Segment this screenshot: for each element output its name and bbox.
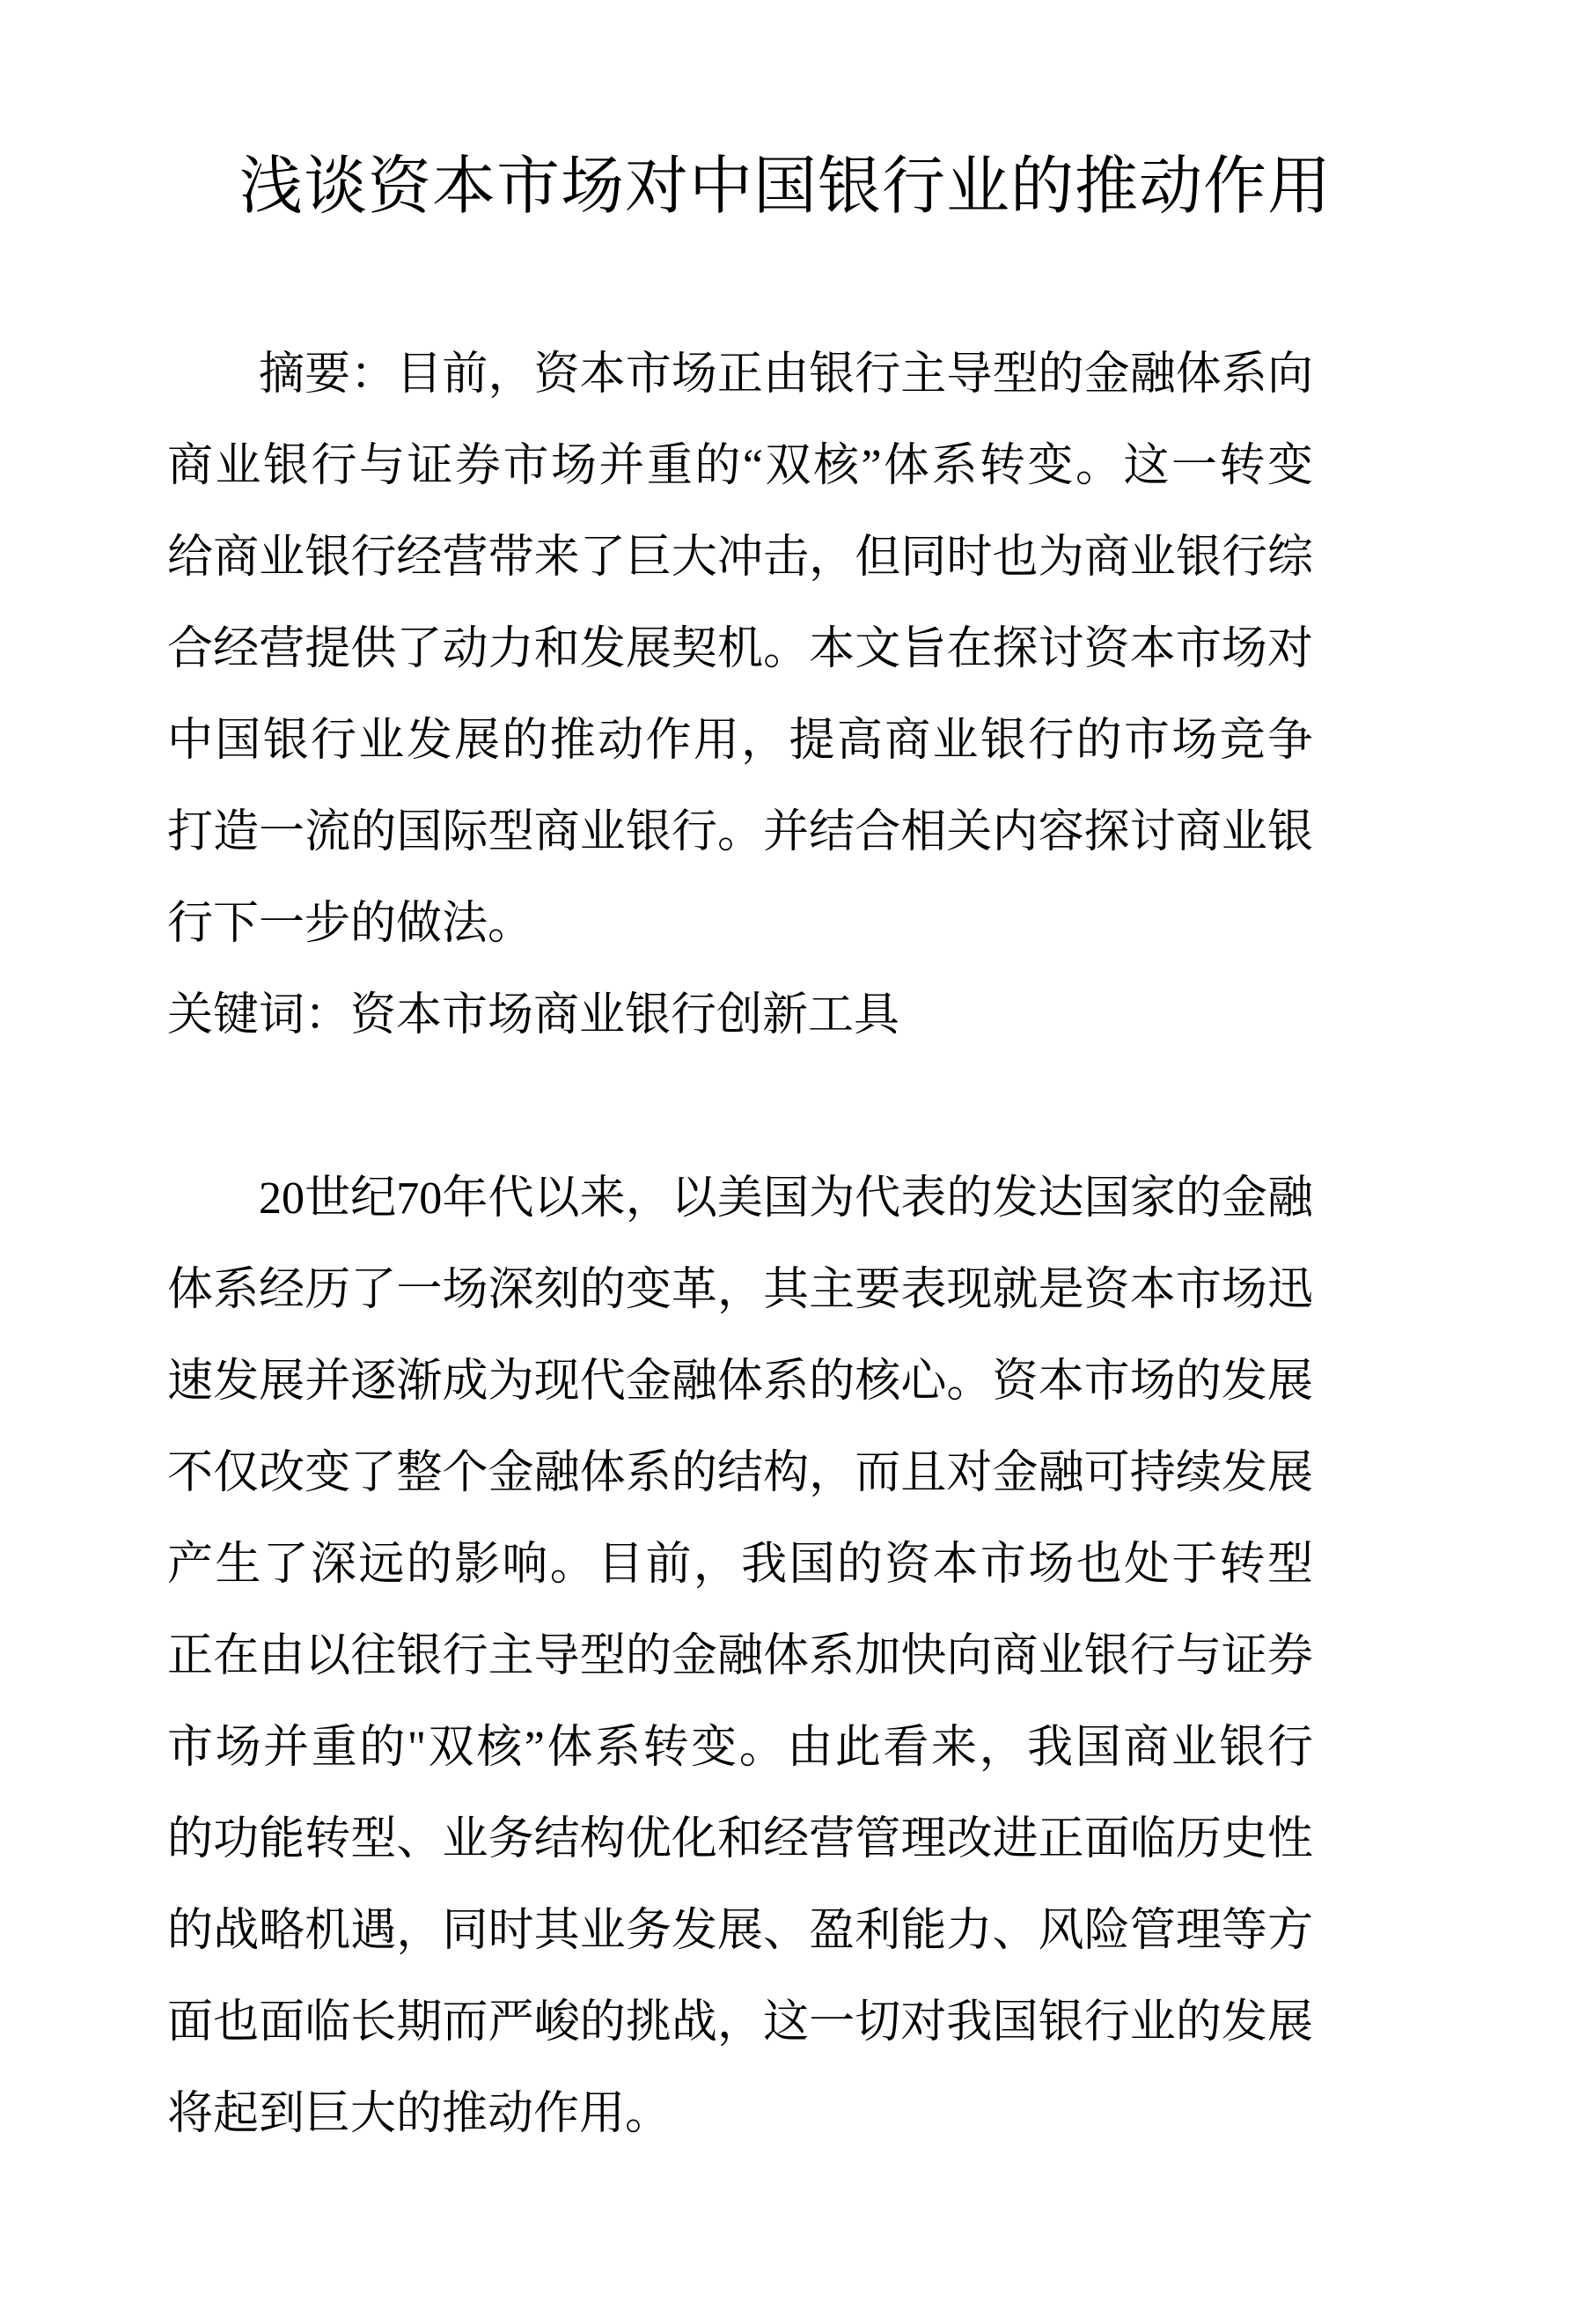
text-line: 速发展并逐渐成为现代金融体系的核心。资本市场的发展 xyxy=(167,1336,1313,1428)
text-line: 合经营提供了动力和发展契机。本文旨在探讨资本市场对 xyxy=(167,604,1313,695)
text-line: 的战略机遇，同时其业务发展、盈利能力、风险管理等方 xyxy=(167,1886,1313,1977)
text-line: 市场并重的"双核”体系转变。由此看来，我国商业银行 xyxy=(167,1703,1313,1794)
document-title: 浅谈资本市场对中国银行业的推动作用 xyxy=(0,148,1571,225)
text-line: 中国银行业发展的推动作用，提高商业银行的市场竞争力, xyxy=(167,695,1313,787)
text-line: 面也面临长期而严峻的挑战，这一切对我国银行业的发展 xyxy=(167,1977,1313,2069)
paragraph-abstract: 摘要：目前，资本市场正由银行主导型的金融体系向商业银行与证券市场并重的“双核”体… xyxy=(167,329,1313,970)
document-body: 摘要：目前，资本市场正由银行主导型的金融体系向商业银行与证券市场并重的“双核”体… xyxy=(167,329,1313,2160)
text-line: 正在由以往银行主导型的金融体系加快向商业银行与证券 xyxy=(167,1611,1313,1703)
text-line: 摘要：目前，资本市场正由银行主导型的金融体系向 xyxy=(167,329,1313,421)
text-line: 关键词：资本市场商业银行创新工具 xyxy=(167,970,1313,1062)
text-line: 打造一流的国际型商业银行。并结合相关内容探讨商业银 xyxy=(167,787,1313,879)
text-line: 产生了深远的影响。目前，我国的资本市场也处于转型期, xyxy=(167,1519,1313,1611)
text-line: 不仅改变了整个金融体系的结构，而且对金融可持续发展 xyxy=(167,1428,1313,1519)
paragraph-keywords: 关键词：资本市场商业银行创新工具 xyxy=(167,970,1313,1062)
document-page: 浅谈资本市场对中国银行业的推动作用 摘要：目前，资本市场正由银行主导型的金融体系… xyxy=(0,0,1571,2324)
text-line: 体系经历了一场深刻的变革，其主要表现就是资本市场迅 xyxy=(167,1245,1313,1336)
text-line: 行下一步的做法。 xyxy=(167,879,1313,970)
paragraph-body: 20世纪70年代以来，以美国为代表的发达国家的金融体系经历了一场深刻的变革，其主… xyxy=(167,1153,1313,2160)
text-line: 20世纪70年代以来，以美国为代表的发达国家的金融 xyxy=(167,1153,1313,1245)
text-line: 将起到巨大的推动作用。 xyxy=(167,2069,1313,2160)
text-line: 商业银行与证券市场并重的“双核”体系转变。这一转变 xyxy=(167,421,1313,512)
text-line: 的功能转型、业务结构优化和经营管理改进正面临历史性 xyxy=(167,1794,1313,1886)
text-line: 给商业银行经营带来了巨大冲击，但同时也为商业银行综 xyxy=(167,512,1313,604)
